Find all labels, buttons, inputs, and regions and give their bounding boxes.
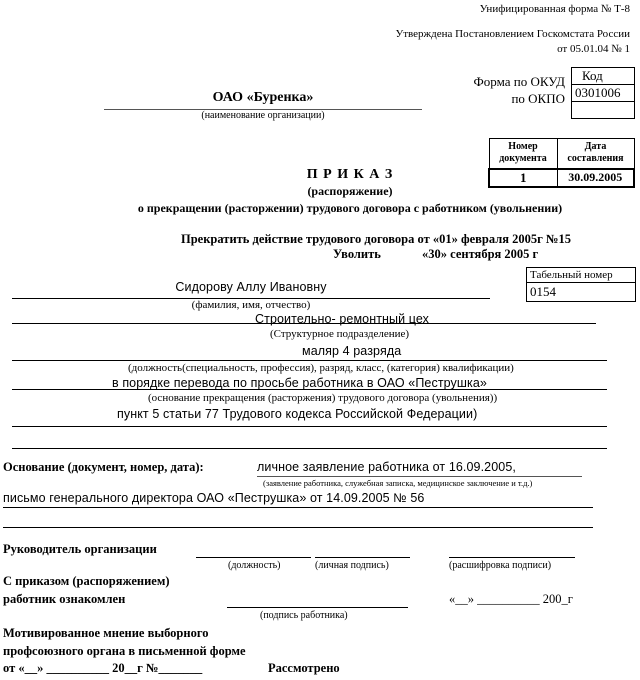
order-description: о прекращении (расторжении) трудового до… <box>0 201 640 216</box>
reason-caption: (основание прекращения (расторжения) тру… <box>148 392 497 404</box>
ack-date: «__» __________ 200_г <box>449 592 573 607</box>
basis-line-3 <box>3 527 593 528</box>
position-caption: (должность(специальность, профессия), ра… <box>128 362 514 374</box>
dismiss-date: «30» сентября 2005 г <box>422 247 538 262</box>
doc-date-header-line1: Дата <box>561 141 631 153</box>
tab-number-label: Табельный номер <box>527 268 636 283</box>
ack-date-text: «__» __________ 200_г <box>449 592 573 606</box>
blank-line <box>12 448 607 449</box>
okpo-label: по ОКПО <box>511 91 565 107</box>
okpo-value <box>572 102 635 119</box>
reason-line <box>12 389 607 390</box>
department-caption: (Структурное подразделение) <box>270 328 409 340</box>
doc-number-header: Номер документа <box>489 139 557 169</box>
doc-number-header-line2: документа <box>493 153 554 165</box>
dismiss-label: Уволить <box>333 247 381 262</box>
reason-value: в порядке перевода по просьбе работника … <box>112 376 487 390</box>
position-line <box>12 360 607 361</box>
basis-value-2: письмо генерального директора ОАО «Пестр… <box>3 491 424 505</box>
basis-line-1 <box>257 476 582 477</box>
doc-date-header-line2: составления <box>561 153 631 165</box>
ack-label-line1: С приказом (распоряжением) <box>3 574 170 589</box>
order-title: П Р И К А З <box>0 167 640 183</box>
code-table: Код 0301006 <box>571 67 635 119</box>
form-name: Унифицированная форма № Т-8 <box>480 3 630 15</box>
tab-number-value: 0154 <box>527 283 636 302</box>
signature-caption: (личная подпись) <box>315 560 389 571</box>
union-line-2: профсоюзного органа в письменной форме <box>3 644 246 659</box>
union-line-3: от «__» __________ 20__г №_______ <box>3 661 202 676</box>
doc-date-header: Дата составления <box>557 139 634 169</box>
terminate-contract-line: Прекратить действие трудового договора о… <box>181 232 571 247</box>
basis-label: Основание (документ, номер, дата): <box>3 460 204 475</box>
okud-value: 0301006 <box>572 85 635 102</box>
employee-signature-line[interactable] <box>227 607 408 608</box>
organization-caption: (наименование организации) <box>104 110 422 121</box>
approved-date: от 05.01.04 № 1 <box>557 43 630 55</box>
head-position-line[interactable] <box>196 557 311 558</box>
employee-name: Сидорову Аллу Ивановну <box>12 280 490 294</box>
head-decoding-line[interactable] <box>449 557 575 558</box>
tab-number-table: Табельный номер 0154 <box>526 267 636 302</box>
doc-number-header-line1: Номер <box>493 141 554 153</box>
position-value: маляр 4 разряда <box>302 344 401 358</box>
union-reviewed: Рассмотрено <box>268 661 340 676</box>
department-line <box>12 323 596 324</box>
head-label: Руководитель организации <box>3 542 157 557</box>
basis-line-2 <box>3 507 593 508</box>
position-caption-sig: (должность) <box>228 560 281 571</box>
code-header: Код <box>572 68 635 85</box>
basis-value-1: личное заявление работника от 16.09.2005… <box>257 460 516 474</box>
decoding-caption: (расшифровка подписи) <box>449 560 551 571</box>
organization-name: ОАО «Буренка» <box>104 90 422 106</box>
order-subtitle: (распоряжение) <box>0 184 640 199</box>
union-line-1: Мотивированное мнение выборного <box>3 626 208 641</box>
okud-label: Форма по ОКУД <box>474 74 566 90</box>
approved-by: Утверждена Постановлением Госкомстата Ро… <box>395 28 630 40</box>
ack-label-line2: работник ознакомлен <box>3 592 125 607</box>
employee-signature-caption: (подпись работника) <box>260 610 348 621</box>
legal-basis-value: пункт 5 статьи 77 Трудового кодекса Росс… <box>117 407 477 421</box>
head-signature-line[interactable] <box>315 557 410 558</box>
basis-caption: (заявление работника, служебная записка,… <box>263 478 532 488</box>
employee-name-caption: (фамилия, имя, отчество) <box>12 299 490 311</box>
legal-basis-line <box>12 426 607 427</box>
